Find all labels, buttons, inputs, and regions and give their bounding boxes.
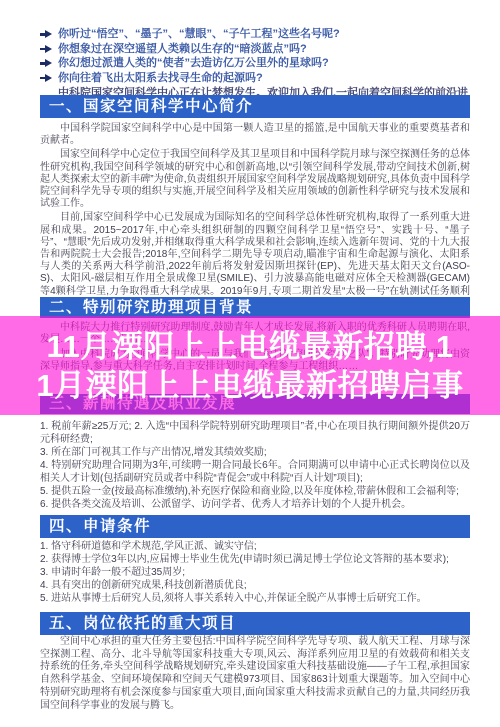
section-1-header: 一、国家空间科学中心简介 xyxy=(40,95,470,118)
intro-bullet-text: 你听过“悟空”、“墨子”、“慧眼”、“子午工程”这些名号呢? xyxy=(58,27,340,42)
section-5-body: 空间中心承担的重大任务主要包括:中国科学院空间科学先导专项、载人航天工程、月球与… xyxy=(40,636,470,712)
intro-bullet: 你听过“悟空”、“墨子”、“慧眼”、“子午工程”这些名号呢? xyxy=(40,27,472,42)
intro-bullet: 你幻想过派遣人类的“使者”去造访亿万公里外的星球吗? xyxy=(40,56,472,71)
section-5-header: 五、岗位依托的重大项目 xyxy=(40,612,470,635)
intro-bullet-list: 你听过“悟空”、“墨子”、“慧眼”、“子午工程”这些名号呢? 你想象过在深空遥望… xyxy=(40,27,472,85)
benefit-item: 3. 所在部门可视其工作与产出情况,增发其绩效奖励; xyxy=(40,446,470,459)
benefit-item: 5. 提供五险一金(按最高标准缴纳),补充医疗保险和商业险,以及年度体检,带薪休… xyxy=(40,485,470,498)
requirement-item: 1. 恪守科研道德和学术规范,学风正派、诚实守信; xyxy=(40,540,470,553)
arrow-right-icon xyxy=(40,74,52,82)
requirement-item: 4. 具有突出的创新研究成果,科技创新潜质优良; xyxy=(40,579,470,592)
watermark-overlay: 11月溧阳上上电缆最新招聘,1 1月溧阳上上电缆最新招聘启事 xyxy=(0,316,500,415)
arrow-right-icon xyxy=(40,30,52,38)
intro-bullet-text: 你向往着飞出太阳系去找寻生命的起源吗? xyxy=(58,71,263,86)
requirement-item: 3. 申请时年龄一般不超过35周岁; xyxy=(40,566,470,579)
intro-bullet: 你向往着飞出太阳系去找寻生命的起源吗? xyxy=(40,71,472,86)
section-3-body: 1. 税前年薪≥25万元; 2. 入选“中国科学院特别研究助理项目”者,中心在项… xyxy=(40,420,470,511)
section-5-title: 五、岗位依托的重大项目 xyxy=(49,615,236,632)
benefit-item: 6. 提供各类交流及培训、公派留学、访问学者、优秀人才培养计划的个人提升机会。 xyxy=(40,498,470,511)
intro-bullet-text: 你想象过在深空遥望人类赖以生存的“暗淡蓝点”吗? xyxy=(58,42,307,57)
section-1-title: 一、国家空间科学中心简介 xyxy=(49,98,253,115)
intro-bullet: 你想象过在深空遥望人类赖以生存的“暗淡蓝点”吗? xyxy=(40,42,472,57)
section-1-body: 中国科学院国家空间科学中心是中国第一颗人造卫星的摇篮,是中国航天事业的重要奠基者… xyxy=(40,123,470,312)
arrow-right-icon xyxy=(40,59,52,67)
requirement-item: 2. 获得博士学位3年以内,应届博士毕业生优先(申请时须已满足博士学位论文答辩的… xyxy=(40,553,470,566)
benefit-item: 1. 税前年薪≥25万元; 2. 入选“中国科学院特别研究助理项目”者,中心在项… xyxy=(40,420,470,446)
section-4-header: 四、申请条件 xyxy=(40,515,470,538)
paragraph: 空间中心承担的重大任务主要包括:中国科学院空间科学先导专项、载人航天工程、月球与… xyxy=(40,636,470,712)
intro-bullet-text: 你幻想过派遣人类的“使者”去造访亿万公里外的星球吗? xyxy=(58,56,329,71)
watermark-title-line-2: 1月溧阳上上电缆最新招聘启事 xyxy=(0,366,500,405)
arrow-right-icon xyxy=(40,45,52,53)
watermark-title-line-1: 11月溧阳上上电缆最新招聘,1 xyxy=(0,327,500,366)
benefit-item: 4. 特别研究助理合同期为3年,可续聘一期合同最长6年。合同期满可以申请中心正式… xyxy=(40,459,470,485)
requirement-item: 5. 进站从事博士后研究人员,须将人事关系转入中心,并保证全脱产从事博士后研究工… xyxy=(40,592,470,605)
section-2-title: 二、特别研究助理项目背景 xyxy=(49,299,253,316)
paragraph: 国家空间科学中心定位于我国空间科学及其卫星项目和中国科学院月球与深空探测任务的总… xyxy=(40,149,470,210)
paragraph: 目前,国家空间科学中心已发展成为国际知名的空间科学总体性研究机构,取得了一系列重… xyxy=(40,212,470,310)
section-4-title: 四、申请条件 xyxy=(49,518,151,535)
recruitment-article-page: 你听过“悟空”、“墨子”、“慧眼”、“子午工程”这些名号呢? 你想象过在深空遥望… xyxy=(0,0,500,727)
paragraph: 中国科学院国家空间科学中心是中国第一颗人造卫星的摇篮,是中国航天事业的重要奠基者… xyxy=(40,123,470,147)
section-4-body: 1. 恪守科研道德和学术规范,学风正派、诚实守信;2. 获得博士学位3年以内,应… xyxy=(40,540,470,605)
section-2-header: 二、特别研究助理项目背景 xyxy=(40,297,470,318)
